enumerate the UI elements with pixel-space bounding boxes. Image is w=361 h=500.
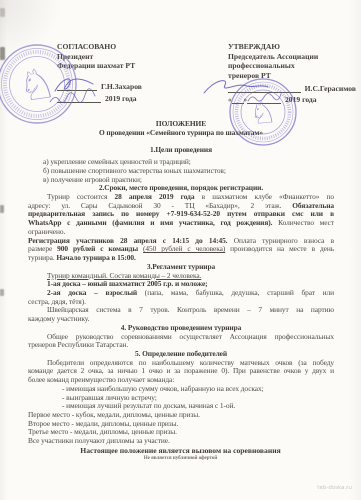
footer-statement: Настоящее положение является вызовом на … [0,446,361,455]
text-run: Общее руководство соревнованиями осущест… [47,332,334,341]
text-run: в шахматном клубе «Фианкетто» по [194,192,334,201]
signatory-name: И.С.Герасимов [305,84,356,93]
text-run: тренеров Республики Татарстан. [28,340,128,349]
text-run: Второе место - медали, дипломы, ценные п… [28,419,178,428]
text-run: Регистрация участников 28 апреля с 14:15… [28,236,227,245]
text-run: Обязательна [292,201,334,210]
text-line: О проведении «Семейного турнира по шахма… [28,129,334,138]
date-line [57,95,101,103]
text-run: б) повышение спортивного мастерства юных… [43,166,226,175]
scan-artifact [0,47,5,60]
text-run: ПОЛОЖЕНИЕ [156,119,206,128]
text-run: Первое место - кубок, медали, дипломы, ц… [28,410,200,419]
text-run: Швейцарская система в 7 туров. Контроль … [47,305,334,314]
signatory-name: Г.Н.Захаров [101,82,142,91]
text-line: 1.Цели проведения [28,146,334,155]
text-run: 28 апреля 2019 года [115,192,195,201]
text-run: 1-ая доска – юный шахматист 2005 г.р. и … [47,279,208,288]
text-run: каждому участнику. [28,314,89,323]
signature-line [228,85,301,93]
date-row-left: 2019 года [57,94,192,103]
text-run: Третье место - медали, дипломы, ценные п… [28,427,177,436]
text-line: WhatsApp с данными (фамилия и имя участн… [28,219,334,228]
approval-role: Федерации шахмат РТ [57,61,135,71]
approval-block-right: УТВЕРЖДАЮ Председатель Ассоциации профес… [228,42,318,80]
date-year: 2019 года [105,94,137,103]
signature-line [57,83,97,91]
footer-disclaimer: Не является публичной офертой [0,456,361,461]
signature-row-left: Г.Н.Захаров [57,82,192,91]
document-body: ПОЛОЖЕНИЕО проведении «Семейного турнира… [28,120,334,446]
text-run: 5. Определение победителей [135,349,227,358]
text-run: Оплата турнирного взноса в [227,236,334,245]
text-run: - имеющая лучший результат по доскам, на… [62,401,235,410]
approval-role: Президент [57,52,135,62]
text-run: 1.Цели проведения [150,145,212,154]
text-run: Начало турнира в 15:00. [56,253,135,262]
approval-role: профессиональных [228,61,318,71]
text-run: а) укрепление семейных ценностей и тради… [43,157,191,166]
text-run: 4. Руководство проведением турнира [121,323,242,332]
text-run: (450 рублей с человека) [143,244,225,253]
date-line [232,96,244,104]
scan-artifact [0,205,4,213]
text-run: турнира. [28,253,56,262]
document-page: СОГЛАСОВАНО Президент Федерации шахмат Р… [0,0,361,500]
text-run: производится на месте в день [225,244,334,253]
text-run: WhatsApp с данными (фамилия и имя участн… [28,218,272,227]
text-run: более команд преимущество получает коман… [28,375,174,384]
text-run: Турнир состоится [47,192,115,201]
approval-role: Председатель Ассоциации [228,52,318,62]
signature-row-right: И.С.Герасимов [228,84,356,93]
text-run: команде дается 2 очка, за ничью 1 очко и… [28,366,334,375]
approval-role: тренеров РТ [228,71,318,81]
text-run: Победители определяются по наибольшему к… [47,358,334,367]
text-run: - выигравшая личную встречу; [62,393,157,402]
text-run: адресу: ул. Сары Садыковой 30 - ТЦ «Баха… [28,201,292,210]
text-run: Все участники получают дипломы за участи… [28,436,170,445]
scan-artifact [0,289,4,296]
approval-status: УТВЕРЖДАЮ [228,42,318,52]
text-run: 900 рублей с команды [57,244,138,253]
approval-block-left: СОГЛАСОВАНО Президент Федерации шахмат Р… [57,42,135,71]
text-run: Турнир командный. Состав команды – 2 чел… [47,271,201,280]
date-row-right: « » 2019 года [228,95,354,104]
text-run: в) получение игровой практики; [43,175,142,184]
text-run: 3.Регламент турнира [147,262,215,271]
date-year: 2019 года [285,95,317,104]
date-line [247,96,281,104]
text-run: сестра, дядя, тётя). [28,297,86,306]
text-run: ограничено. [28,227,65,236]
text-run: 2.Сроки, место проведения, порядок регис… [99,183,263,192]
text-run: - имеющая наибольшую сумму очков, набран… [62,384,264,393]
text-line: Все участники получают дипломы за участи… [28,437,334,446]
watermark-text: teb-doska.ru [317,485,352,491]
text-run: предварительная запись по номеру +7-919-… [28,209,334,218]
approval-status: СОГЛАСОВАНО [57,42,135,52]
text-run: О проведении «Семейного турнира по шахма… [99,128,263,137]
text-run: 2-ая доска – взрослый [47,288,137,297]
scan-artifact [0,8,5,17]
chess-knight-icon: ♘ [15,58,59,112]
text-run: Количество мест [272,218,334,227]
text-run: размере [28,244,57,253]
text-run: (папа, мама, бабушка, дедушка, старший б… [137,288,334,297]
